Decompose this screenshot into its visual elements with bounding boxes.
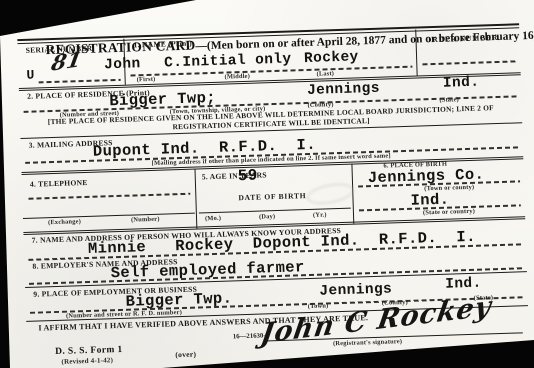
residence-sublabel-state: (State) (439, 96, 459, 104)
card-content: REGISTRATION CARD—(Men born on or after … (17, 2, 532, 368)
over-note: (over) (175, 350, 196, 360)
telephone-entry-line (28, 193, 190, 200)
name-sublabel-middle: (Middle) (225, 73, 251, 81)
scanned-registration-card-page: { "header": { "title_bold": "REGISTRATIO… (0, 0, 534, 368)
name-sublabel-first: (First) (137, 76, 156, 84)
residence-county-value: Jennings (307, 81, 380, 99)
registration-card-paper: REGISTRATION CARD—(Men born on or after … (0, 0, 534, 368)
residence-state-value: Ind. (443, 75, 480, 92)
employment-state-value: Ind. (445, 276, 482, 293)
telephone-age-divider (194, 169, 197, 229)
serial-prefix: U (26, 68, 34, 83)
name-label: 1. NAME (Print) (133, 39, 192, 50)
serial-number-handwritten: 81 (50, 46, 84, 75)
date-of-birth-label: DATE OF BIRTH (238, 191, 306, 202)
employment-sublabel-town: (Town) (308, 302, 329, 310)
name-first-value: John (104, 56, 141, 73)
dob-sublabel-year: (Yr.) (313, 211, 327, 218)
dob-sublabel-month: (Mo.) (205, 215, 221, 223)
telephone-sublabel-number: (Number) (131, 216, 160, 224)
serial-entry-line (39, 79, 121, 83)
name-sublabel-last: (Last) (316, 70, 334, 78)
form-revision: (Revised 4-1-42) (61, 356, 113, 366)
age-value: 59 (237, 167, 258, 186)
faint-pencil-mark (305, 180, 356, 208)
telephone-sub-rule (23, 213, 195, 219)
birth-state-sublabel: (State or country) (423, 208, 475, 217)
telephone-label: 4. TELEPHONE (30, 178, 88, 189)
employment-town-value: Jennings (319, 281, 392, 299)
dob-sublabel-day: (Day) (259, 213, 275, 221)
telephone-sublabel-exchange: (Exchange) (48, 218, 81, 226)
name-last-value: Rockey (304, 49, 359, 67)
